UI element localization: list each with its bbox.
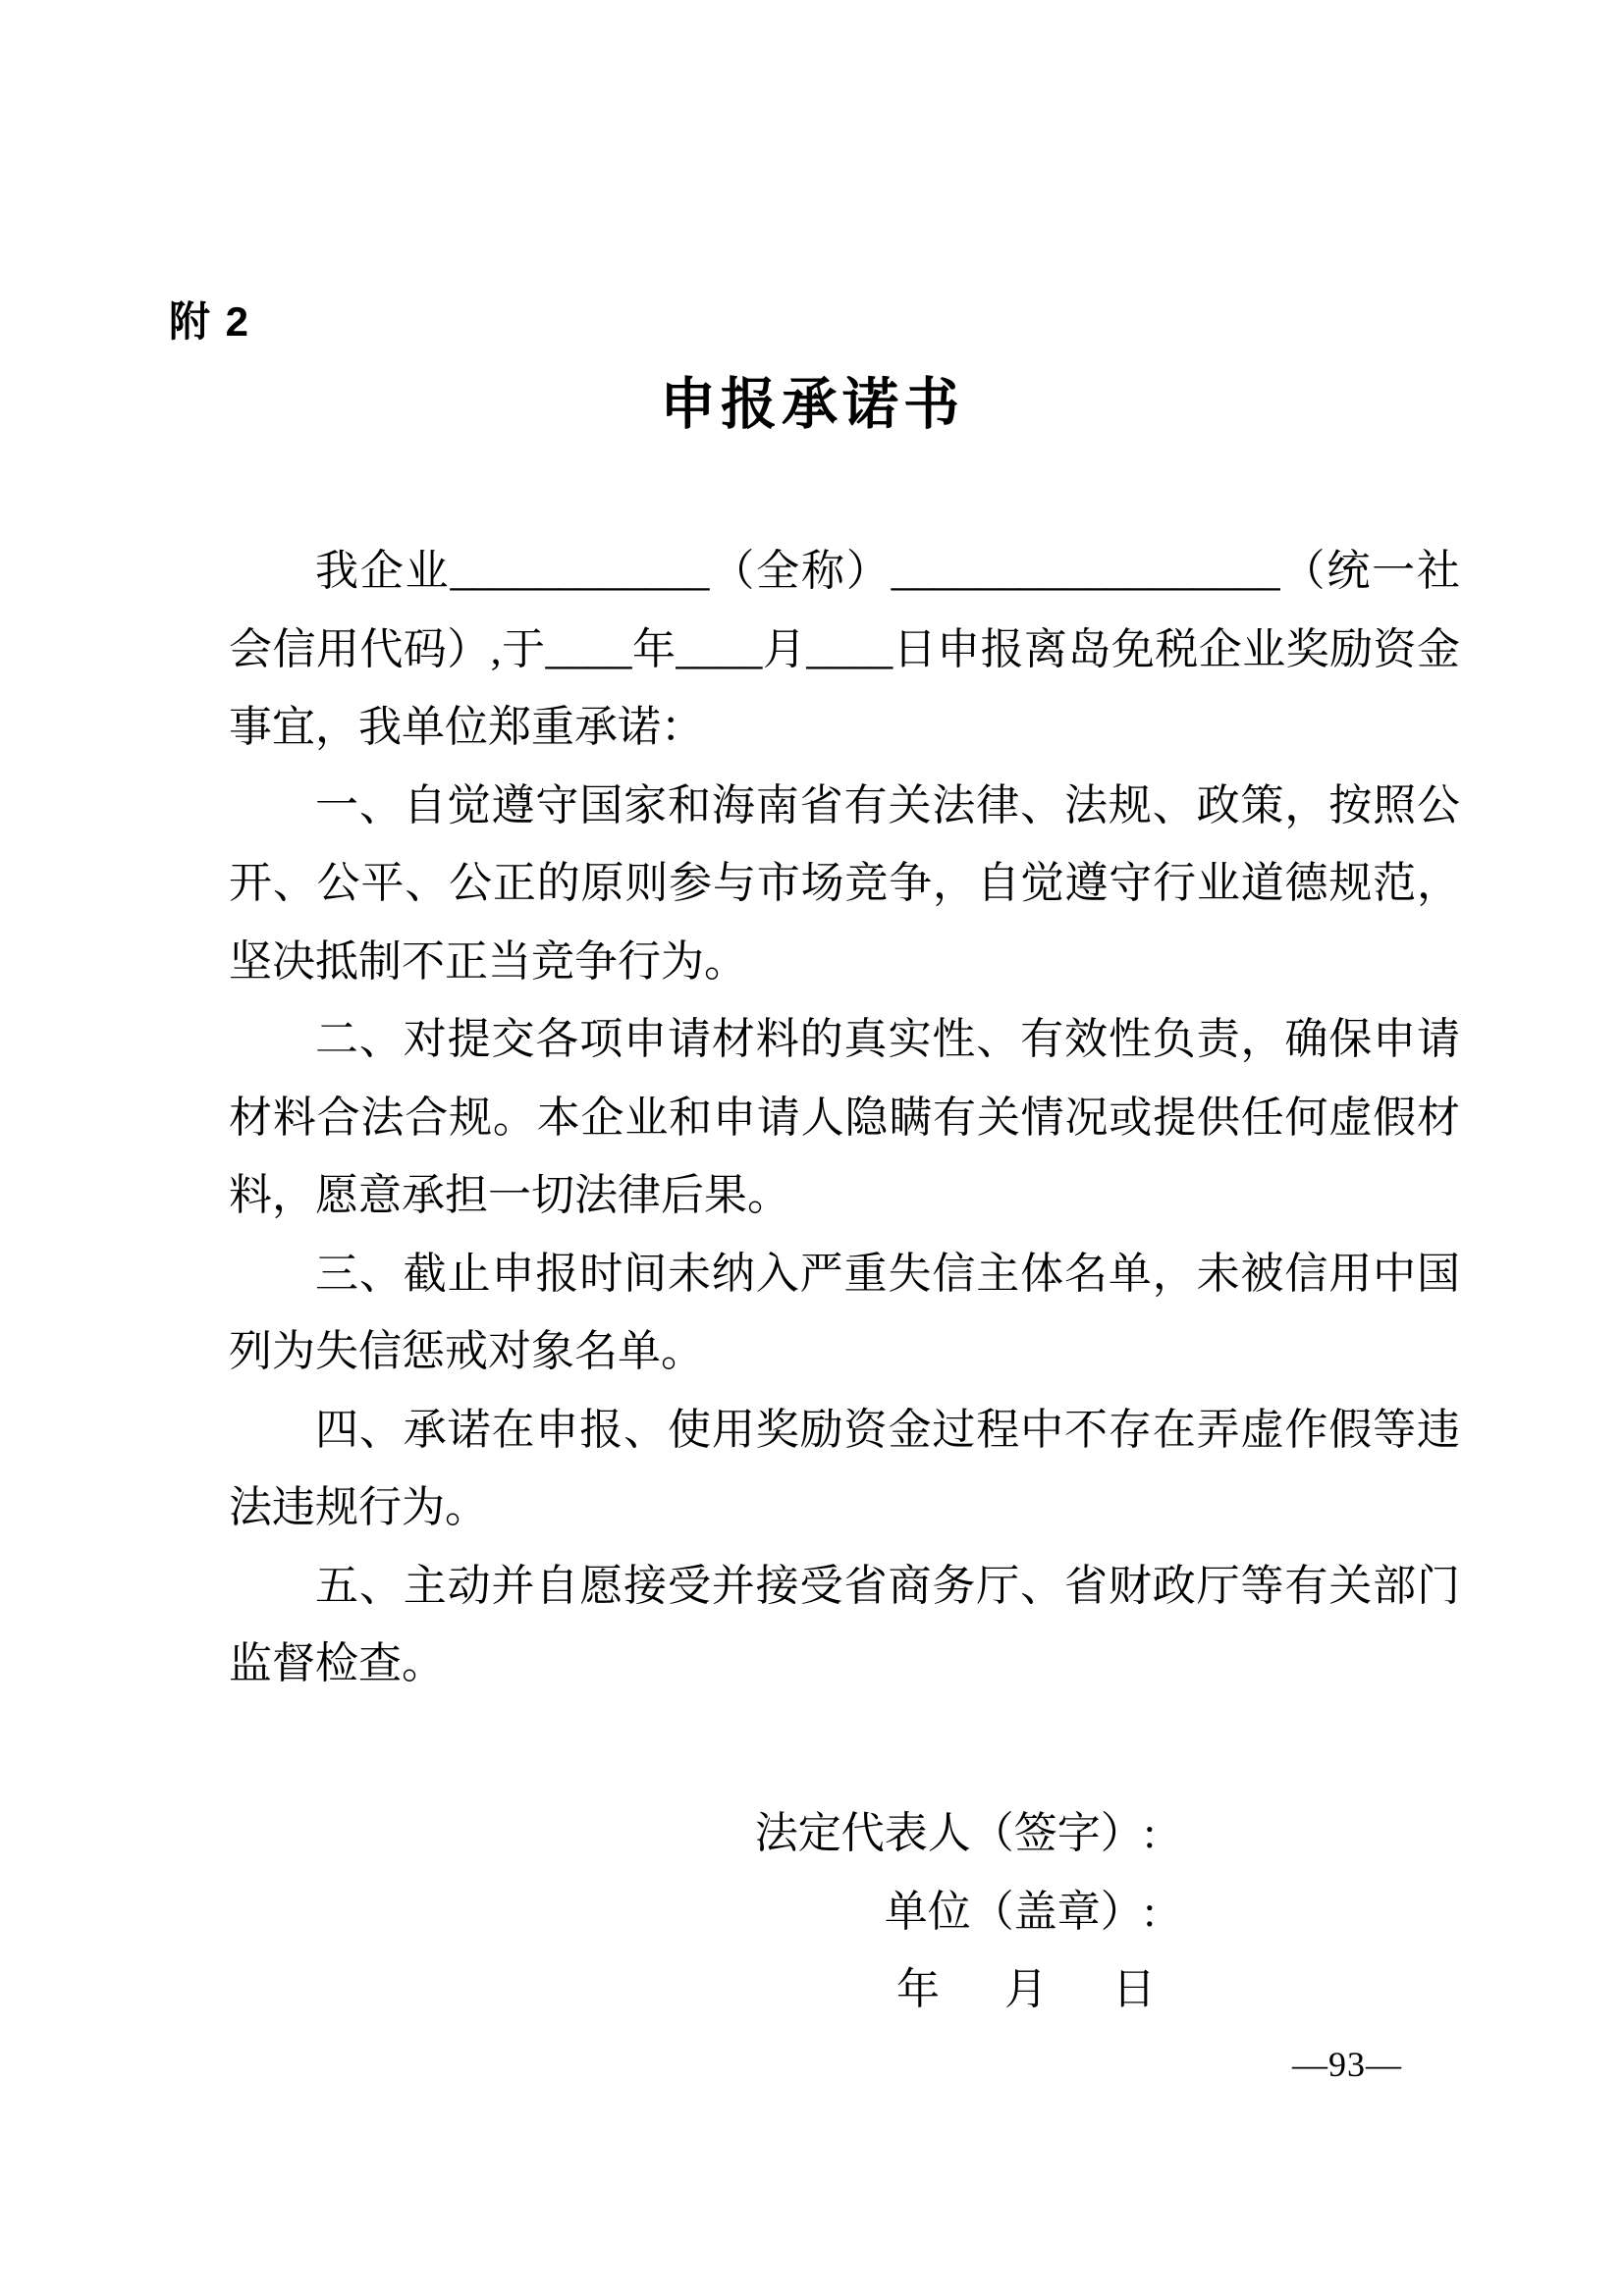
commitment-item-2: 二、对提交各项申请材料的真实性、有效性负责，确保申请材料合法合规。本企业和申请人… [229, 1000, 1460, 1235]
unit-seal-line: 单位（盖章）: [755, 1873, 1156, 1951]
legal-representative-signature-line: 法定代表人（签字）: [755, 1794, 1156, 1873]
date-line: 年 月 日 [755, 1950, 1156, 2029]
opening-paragraph: 我企业____________（全称）__________________（统一… [229, 532, 1460, 767]
commitment-item-3: 三、截止申报时间未纳入严重失信主体名单，未被信用中国列为失信惩戒对象名单。 [229, 1235, 1460, 1391]
document-page: 附 2 申报承诺书 我企业____________（全称）___________… [0, 0, 1624, 2296]
commitment-item-1: 一、自觉遵守国家和海南省有关法律、法规、政策，按照公开、公平、公正的原则参与市场… [229, 767, 1460, 1001]
page-number: —93— [1292, 2044, 1402, 2085]
document-title: 申报承诺书 [0, 359, 1624, 440]
attachment-label: 附 2 [169, 290, 250, 348]
document-body: 我企业____________（全称）__________________（统一… [229, 532, 1460, 1703]
commitment-item-4: 四、承诺在申报、使用奖励资金过程中不存在弄虚作假等违法违规行为。 [229, 1391, 1460, 1547]
commitment-item-5: 五、主动并自愿接受并接受省商务厅、省财政厅等有关部门监督检查。 [229, 1547, 1460, 1703]
signature-block: 法定代表人（签字）: 单位（盖章）: 年 月 日 [755, 1794, 1156, 2029]
